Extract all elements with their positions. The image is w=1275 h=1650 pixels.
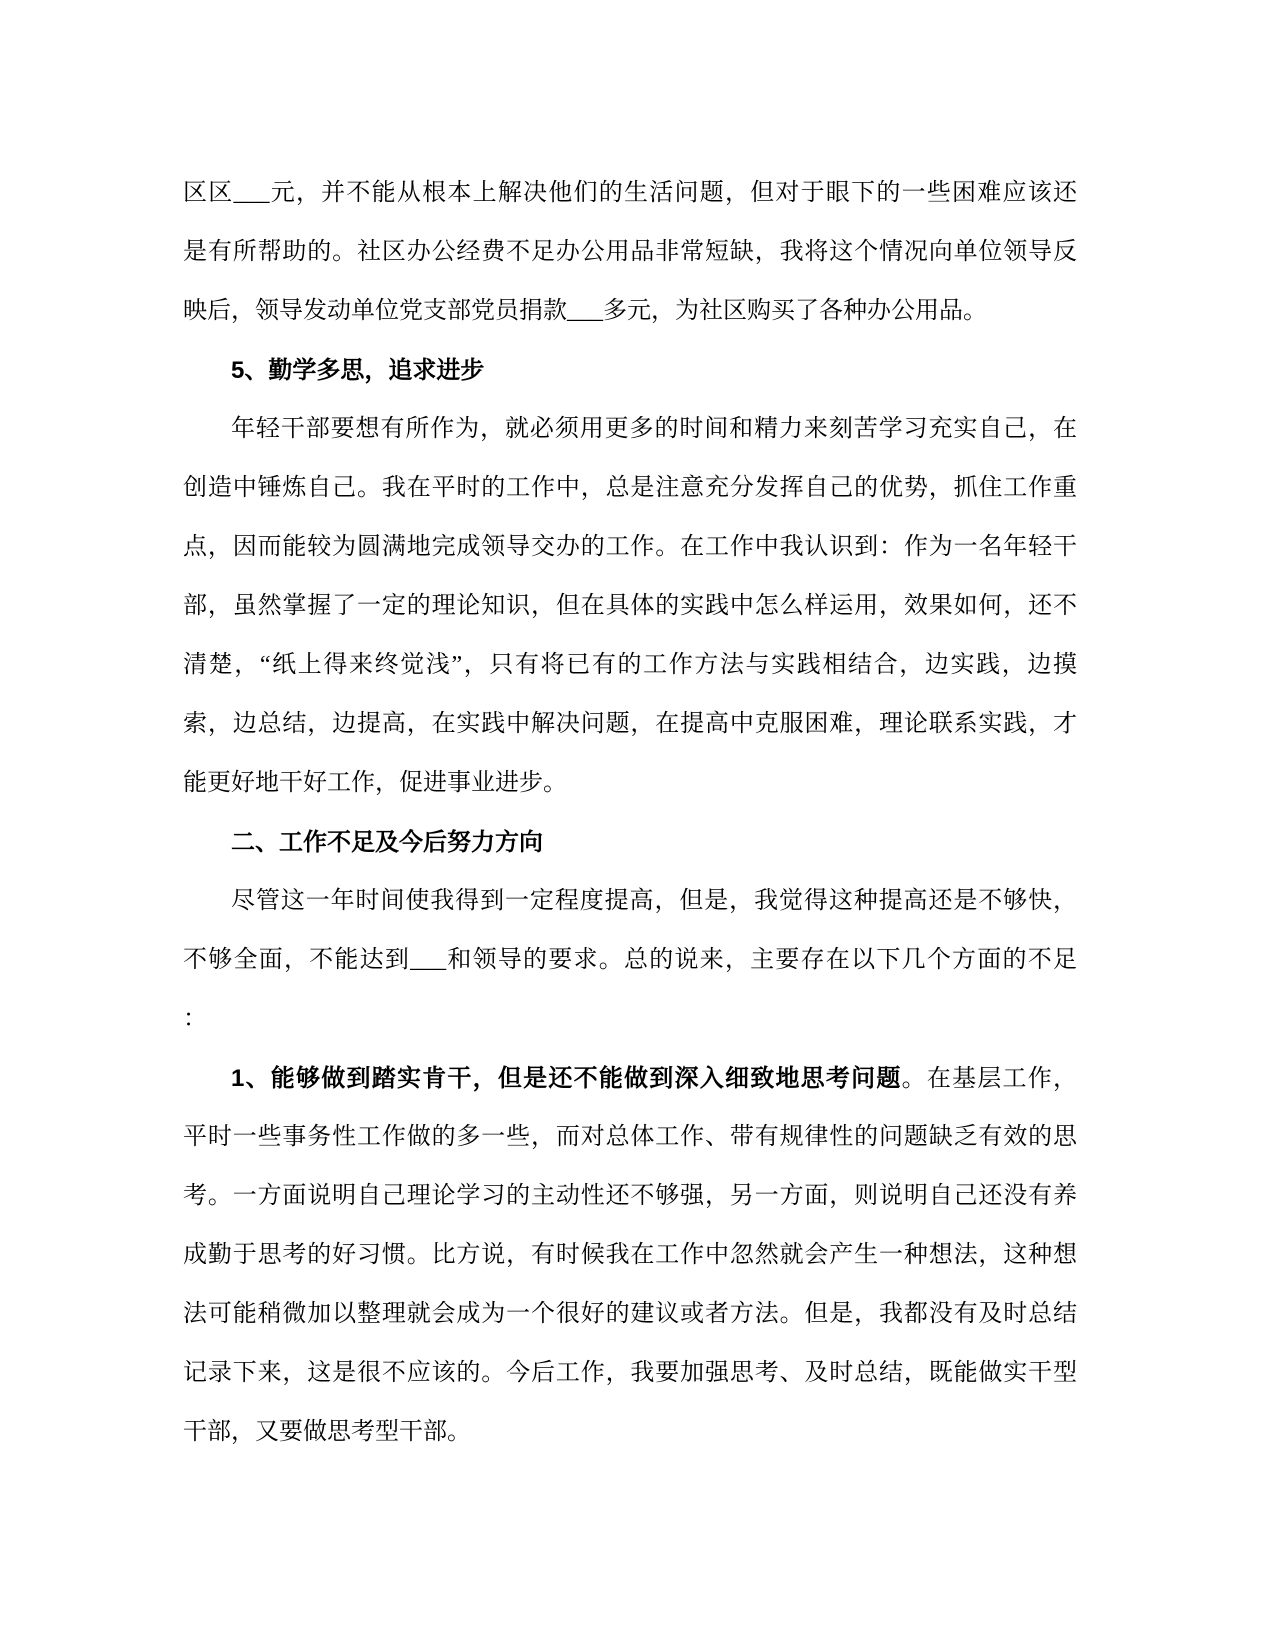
text-run: 考。一方面说明自己理论学习的主动性还不够强，另一方面，则说明自己还没有养 <box>183 1183 1077 1209</box>
document-body: 区区___元，并不能从根本上解决他们的生活问题，但对于眼下的一些困难应该还是有所… <box>183 164 1077 1462</box>
text-run: 创造中锤炼自己。我在平时的工作中，总是注意充分发挥自己的优势，抓住工作重 <box>183 475 1077 501</box>
text-line: 尽管这一年时间使我得到一定程度提高，但是，我觉得这种提高还是不够快， <box>183 872 1077 931</box>
text-run: 清楚，“纸上得来终觉浅”，只有将已有的工作方法与实践相结合，边实践，边摸 <box>183 652 1077 678</box>
text-line: 部，虽然掌握了一定的理论知识，但在具体的实践中怎么样运用，效果如何，还不 <box>183 577 1077 636</box>
text-line: 平时一些事务性工作做的多一些，而对总体工作、带有规律性的问题缺乏有效的思 <box>183 1108 1077 1167</box>
text-run: ： <box>183 1006 207 1032</box>
bold-run: 5、勤学多思，追求进步 <box>231 357 484 384</box>
text-line: 是有所帮助的。社区办公经费不足办公用品非常短缺，我将这个情况向单位领导反 <box>183 223 1077 282</box>
text-line: 年轻干部要想有所作为，就必须用更多的时间和精力来刻苦学习充实自己，在 <box>183 400 1077 459</box>
text-line: 点，因而能较为圆满地完成领导交办的工作。在工作中我认识到：作为一名年轻干 <box>183 518 1077 577</box>
text-line: 映后，领导发动单位党支部党员捐款___多元，为社区购买了各种办公用品。 <box>183 282 1077 341</box>
text-run: 平时一些事务性工作做的多一些，而对总体工作、带有规律性的问题缺乏有效的思 <box>183 1124 1077 1150</box>
text-line: 清楚，“纸上得来终觉浅”，只有将已有的工作方法与实践相结合，边实践，边摸 <box>183 636 1077 695</box>
text-run: 。在基层工作， <box>902 1066 1077 1092</box>
text-run: 区区___元，并不能从根本上解决他们的生活问题，但对于眼下的一些困难应该还 <box>183 180 1077 206</box>
text-run: 干部，又要做思考型干部。 <box>183 1419 471 1445</box>
text-run: 不够全面，不能达到___和领导的要求。总的说来，主要存在以下几个方面的不足 <box>183 947 1077 973</box>
bold-run: 1、能够做到踏实肯干，但是还不能做到深入细致地思考问题 <box>231 1065 902 1092</box>
section-heading: 二、工作不足及今后努力方向 <box>183 813 1077 872</box>
text-line: 不够全面，不能达到___和领导的要求。总的说来，主要存在以下几个方面的不足 <box>183 931 1077 990</box>
document-page: 区区___元，并不能从根本上解决他们的生活问题，但对于眼下的一些困难应该还是有所… <box>0 0 1275 1650</box>
text-line: 创造中锤炼自己。我在平时的工作中，总是注意充分发挥自己的优势，抓住工作重 <box>183 459 1077 518</box>
text-line: 1、能够做到踏实肯干，但是还不能做到深入细致地思考问题。在基层工作， <box>183 1049 1077 1108</box>
text-run: 年轻干部要想有所作为，就必须用更多的时间和精力来刻苦学习充实自己，在 <box>231 416 1077 442</box>
text-line: 干部，又要做思考型干部。 <box>183 1403 1077 1462</box>
text-line: 区区___元，并不能从根本上解决他们的生活问题，但对于眼下的一些困难应该还 <box>183 164 1077 223</box>
text-line: 记录下来，这是很不应该的。今后工作，我要加强思考、及时总结，既能做实干型 <box>183 1344 1077 1403</box>
text-run: 记录下来，这是很不应该的。今后工作，我要加强思考、及时总结，既能做实干型 <box>183 1360 1077 1386</box>
text-line: 索，边总结，边提高，在实践中解决问题，在提高中克服困难，理论联系实践，才 <box>183 695 1077 754</box>
text-run: 索，边总结，边提高，在实践中解决问题，在提高中克服困难，理论联系实践，才 <box>183 711 1077 737</box>
text-line: 考。一方面说明自己理论学习的主动性还不够强，另一方面，则说明自己还没有养 <box>183 1167 1077 1226</box>
text-run: 部，虽然掌握了一定的理论知识，但在具体的实践中怎么样运用，效果如何，还不 <box>183 593 1077 619</box>
text-line: ： <box>183 990 1077 1049</box>
text-run: 法可能稍微加以整理就会成为一个很好的建议或者方法。但是，我都没有及时总结 <box>183 1301 1077 1327</box>
text-run: 能更好地干好工作，促进事业进步。 <box>183 770 567 796</box>
text-run: 尽管这一年时间使我得到一定程度提高，但是，我觉得这种提高还是不够快， <box>231 888 1077 914</box>
text-run: 成勤于思考的好习惯。比方说，有时候我在工作中忽然就会产生一种想法，这种想 <box>183 1242 1077 1268</box>
text-line: 成勤于思考的好习惯。比方说，有时候我在工作中忽然就会产生一种想法，这种想 <box>183 1226 1077 1285</box>
text-run: 映后，领导发动单位党支部党员捐款___多元，为社区购买了各种办公用品。 <box>183 298 987 324</box>
text-run: 是有所帮助的。社区办公经费不足办公用品非常短缺，我将这个情况向单位领导反 <box>183 239 1077 265</box>
bold-run: 二、工作不足及今后努力方向 <box>231 829 543 856</box>
text-line: 能更好地干好工作，促进事业进步。 <box>183 754 1077 813</box>
section-heading: 5、勤学多思，追求进步 <box>183 341 1077 400</box>
text-run: 点，因而能较为圆满地完成领导交办的工作。在工作中我认识到：作为一名年轻干 <box>183 534 1077 560</box>
text-line: 法可能稍微加以整理就会成为一个很好的建议或者方法。但是，我都没有及时总结 <box>183 1285 1077 1344</box>
